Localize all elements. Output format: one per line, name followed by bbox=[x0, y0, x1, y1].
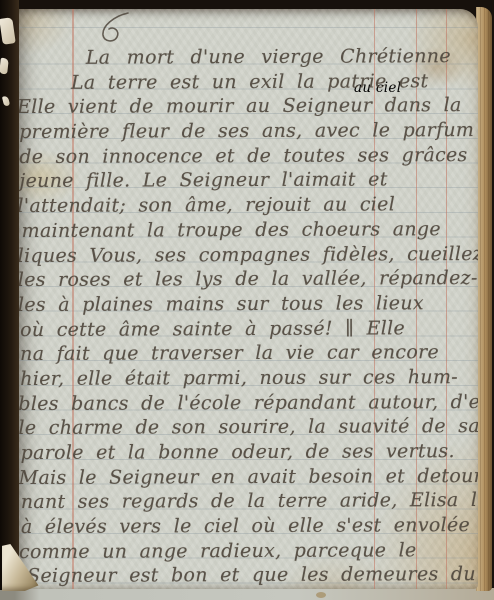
torn-paper-edge bbox=[0, 17, 16, 45]
manuscript-line: liques Vous, ses compagnes fidèles, cuei… bbox=[18, 241, 478, 268]
stain-spot bbox=[316, 592, 326, 598]
manuscript-line: comme un ange radieux, parceque le bbox=[19, 538, 478, 565]
manuscript-line: à élevés vers le ciel où elle s'est envo… bbox=[19, 513, 478, 540]
manuscript-line: Elle vient de mourir au Seigneur dans la bbox=[17, 93, 477, 120]
manuscript-line: na fait que traverser la vie car encore bbox=[18, 340, 478, 367]
manuscript-line: maintenant la troupe des choeurs ange bbox=[18, 217, 478, 244]
manuscript-line: hier, elle était parmi, nous sur ces hum… bbox=[18, 365, 478, 392]
manuscript-line: Seigneur est bon et que les demeures du … bbox=[19, 562, 478, 589]
pen-flourish-mark bbox=[94, 10, 136, 48]
manuscript-line: nant ses regards de la terre aride, Elis… bbox=[19, 488, 478, 515]
manuscript-line: première fleur de ses ans, avec le parfu… bbox=[17, 118, 477, 145]
handwritten-text: La mort d'une vierge Chrétienne La terre… bbox=[17, 44, 478, 589]
manuscript-line: l'attendait; son âme, rejouit au ciel bbox=[17, 192, 477, 219]
manuscript-line: parole et la bonne odeur, de ses vertus. bbox=[19, 439, 478, 466]
title-line: La mort d'une vierge Chrétienne bbox=[17, 44, 477, 71]
manuscript-line: les à plaines mains sur tous les lieux bbox=[18, 291, 478, 318]
page-edges bbox=[476, 7, 492, 591]
manuscript-line: où cette âme sainte à passé! ∥ Elle bbox=[18, 316, 478, 343]
notebook-page: au ciel La mort d'une vierge Chrétienne … bbox=[16, 9, 478, 589]
book-binding bbox=[0, 0, 19, 590]
manuscript-line: bles bancs de l'école répandant autour, … bbox=[18, 390, 478, 417]
manuscript-line: Mais le Seigneur en avait besoin et deto… bbox=[19, 464, 478, 491]
background-surface bbox=[0, 588, 494, 600]
manuscript-line: de son innocence et de toutes ses grâces… bbox=[17, 143, 477, 170]
torn-paper-edge bbox=[0, 58, 9, 75]
manuscript-lines: La terre est un exil la patrie estElle v… bbox=[17, 69, 478, 589]
manuscript-photo: au ciel La mort d'une vierge Chrétienne … bbox=[0, 0, 494, 600]
manuscript-line: jeune fille. Le Seigneur l'aimait et bbox=[17, 167, 477, 194]
manuscript-line: les roses et les lys de la vallée, répan… bbox=[18, 266, 478, 293]
manuscript-line: le charme de son sourire, la suavité de … bbox=[18, 414, 478, 441]
manuscript-line: La terre est un exil la patrie est bbox=[17, 69, 477, 96]
torn-paper-edge bbox=[2, 95, 10, 106]
